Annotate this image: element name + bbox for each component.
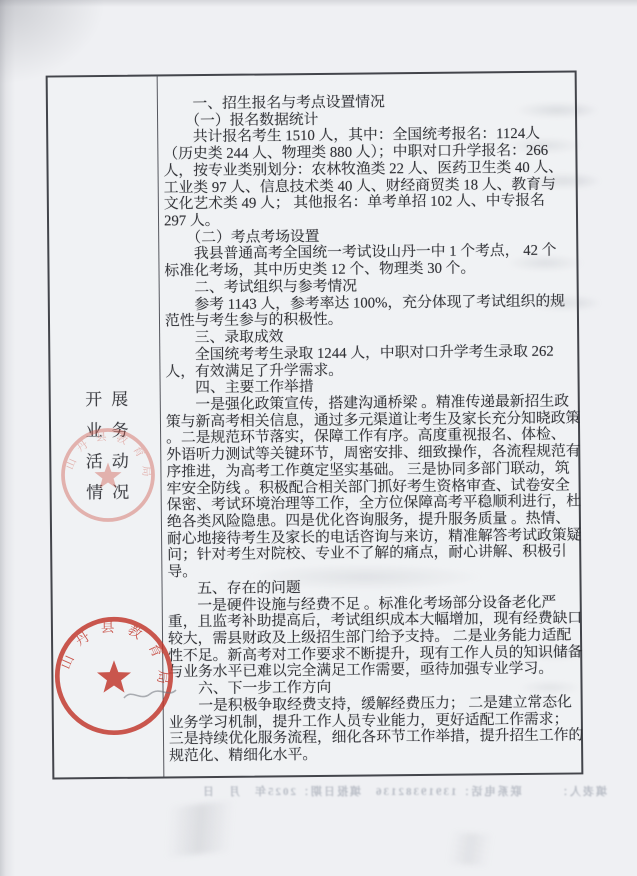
- bleedthrough-footer-text: 填表人： 联系电话：13919382136 填报日期：2025年 月 日: [102, 783, 607, 799]
- paper-wrinkle: [38, 787, 361, 870]
- handwritten-mark: [120, 682, 180, 708]
- paper-wrinkle: [339, 824, 601, 874]
- seal-star-icon: [95, 463, 122, 489]
- report-text-line: 规范化、精细化水平。: [169, 745, 578, 766]
- row-label-line: 开展: [73, 385, 137, 411]
- scanned-report-page: 开展业务活动情况 一、招生报名与考点设置情况 （一）报名数据统计 共计报名考生 …: [0, 0, 637, 876]
- official-seal: 山丹县教育局: [51, 613, 177, 739]
- report-content: 一、招生报名与考点设置情况 （一）报名数据统计 共计报名考生 1510 人，其中…: [163, 93, 578, 766]
- official-seal-faint: 山丹县教育局: [58, 425, 158, 525]
